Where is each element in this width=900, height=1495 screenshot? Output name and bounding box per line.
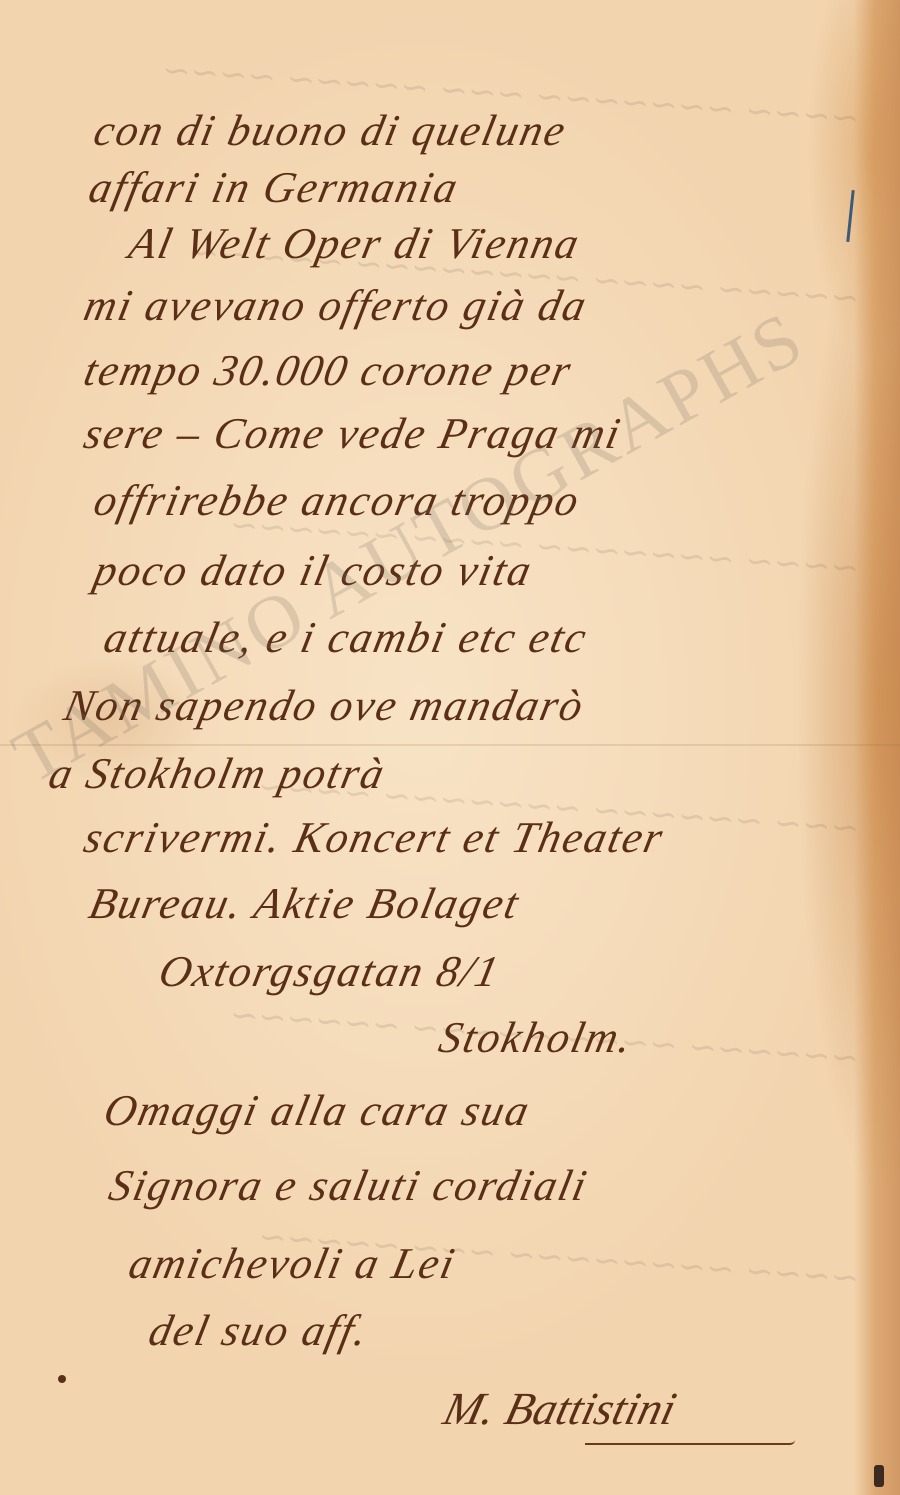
letter-line: Bureau. Aktie Bolaget: [85, 878, 525, 929]
letter-line: mi avevano offerto già da: [80, 280, 593, 331]
stained-right-edge: [854, 0, 900, 1495]
letter-line: Signora e saluti cordiali: [105, 1160, 593, 1211]
paper-fold-line: [0, 744, 900, 746]
letter-line: sere – Come vede Praga mi: [80, 408, 627, 459]
letter-line: scrivermi. Koncert et Theater: [80, 812, 669, 863]
signature-flourish: [585, 1440, 795, 1445]
letter-line: tempo 30.000 corone per: [80, 345, 578, 396]
paper-corner-mark: [874, 1465, 884, 1487]
letter-line: offrirebbe ancora troppo: [90, 475, 586, 526]
letter-line: a Stokholm potrà: [45, 748, 391, 799]
letter-line: con di buono di quelune: [90, 105, 572, 156]
signature: M. Battistini: [438, 1382, 681, 1435]
letter-city-line: Stokholm.: [435, 1012, 639, 1063]
letter-line: attuale, e i cambi etc etc: [100, 612, 593, 663]
letter-line: amichevoli a Lei: [125, 1238, 461, 1289]
letter-line: Non sapendo ove mandarò: [60, 680, 590, 731]
ink-dot: [58, 1375, 66, 1383]
letter-address-line: Oxtorgsgatan 8/1: [155, 946, 505, 997]
letter-line: Omaggi alla cara sua: [100, 1085, 536, 1136]
letter-line: poco dato il costo vita: [90, 545, 538, 596]
letter-page: ~~~~ ~~~~~~~ ~~~ ~~~~~ ~~~~ ~~~~~ ~~~~ ~…: [0, 0, 900, 1495]
letter-line: affari in Germania: [85, 162, 464, 213]
letter-line: Al Welt Oper di Vienna: [125, 218, 586, 269]
letter-closing-line: del suo aff.: [145, 1305, 374, 1356]
